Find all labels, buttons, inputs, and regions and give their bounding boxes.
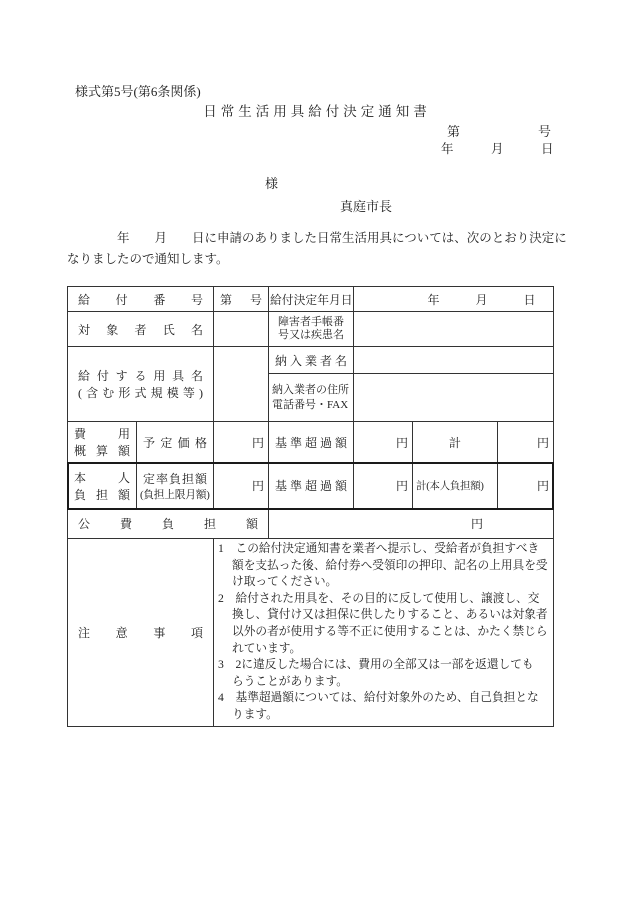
supplier-address-subrow: 納入業者の住所 電話番号・FAX	[269, 374, 553, 421]
estimated-cost-label-cell: 費 用 概算額	[68, 422, 137, 462]
supplier-address-label-cell: 納入業者の住所 電話番号・FAX	[269, 374, 354, 421]
note-item-2: 2 給付された用具を、その目的に反して使用し、譲渡し、交 換し、貸付け又は担保に…	[218, 591, 551, 657]
form-number: 様式第5号(第6条関係)	[75, 81, 201, 100]
estimated-cost-row: 費 用 概算額 予定価格 円 基準超過額 円 計 円	[68, 422, 553, 463]
body-line-1: 年 月 日に申請のありました日常生活用具については、次のとおり決定に	[67, 228, 567, 249]
note-item-3: 3 2に違反した場合には、費用の全部又は一部を返還しても らうことがあります。	[218, 657, 551, 690]
body-line-2: なりましたので通知します。	[67, 249, 567, 270]
document-number-line: 第 号	[447, 121, 551, 140]
target-person-label-cell: 対 象 者 氏 名	[68, 312, 214, 346]
document-date-line: 年 月 日	[441, 139, 554, 157]
equipment-row: 給付する用具名 (含む形式規模等) 納入業者名 納入業者の住所 電話番号・FAX	[68, 347, 553, 422]
supplier-subtable: 納入業者名 納入業者の住所 電話番号・FAX	[269, 347, 553, 421]
target-person-value-cell	[214, 312, 269, 346]
fixed-rate-yen-cell: 円	[214, 463, 269, 508]
supplier-address-value-cell	[354, 374, 553, 421]
notification-table: 給 付 番 号 第 号 給付決定年月日 年 月 日 対 象 者 氏 名 障害者手…	[67, 286, 554, 727]
cost-total-label-cell: 計	[413, 422, 498, 462]
supplier-name-label-cell: 納入業者名	[269, 347, 354, 373]
personal-burden-row: 本 人 負担額 定率負担額 (負担上限月額) 円 基準超過額 円 計(本人負担額…	[68, 463, 553, 509]
sender-mayor: 真庭市長	[340, 196, 392, 215]
note-item-1: 1 この給付決定通知書を業者へ提示し、受給者が負担すべき 額を支払った後、給付券…	[218, 541, 551, 591]
excess-amount-yen-cell: 円	[354, 422, 413, 462]
equipment-label-cell: 給付する用具名 (含む形式規模等)	[68, 347, 214, 421]
handbook-label-cell: 障害者手帳番 号又は疾患名	[269, 312, 354, 346]
personal-total-yen-cell: 円	[498, 463, 553, 508]
recipient-honorific: 様	[265, 173, 278, 192]
personal-total-label-cell: 計(本人負担額)	[413, 463, 498, 508]
personal-burden-label-cell: 本 人 負担額	[68, 463, 137, 508]
supplier-name-value-cell	[354, 347, 553, 373]
notes-row: 注 意 事 項 1 この給付決定通知書を業者へ提示し、受給者が負担すべき 額を支…	[68, 539, 553, 726]
personal-excess-yen-cell: 円	[354, 463, 413, 508]
target-person-row: 対 象 者 氏 名 障害者手帳番 号又は疾患名	[68, 312, 553, 347]
planned-price-yen-cell: 円	[214, 422, 269, 462]
planned-price-label-cell: 予定価格	[137, 422, 214, 462]
handbook-value-cell	[354, 312, 553, 346]
grant-number-label-cell: 給 付 番 号	[68, 287, 214, 311]
cost-total-yen-cell: 円	[498, 422, 553, 462]
public-expense-value-cell: 円	[269, 509, 553, 538]
notes-content-cell: 1 この給付決定通知書を業者へ提示し、受給者が負担すべき 額を支払った後、給付券…	[214, 539, 553, 726]
notes-label-cell: 注 意 事 項	[68, 539, 214, 726]
decision-date-label-cell: 給付決定年月日	[269, 287, 354, 311]
public-expense-row: 公 費 負 担 額 円	[68, 509, 553, 539]
fixed-rate-label-cell: 定率負担額 (負担上限月額)	[137, 463, 214, 508]
public-expense-label-cell: 公 費 負 担 額	[68, 509, 269, 538]
grant-number-row: 給 付 番 号 第 号 給付決定年月日 年 月 日	[68, 287, 553, 312]
document-page: 様式第5号(第6条関係) 日常生活用具給付決定通知書 第 号 年 月 日 様 真…	[0, 0, 630, 903]
document-title: 日常生活用具給付決定通知書	[0, 100, 630, 120]
note-item-4: 4 基準超過額については、給付対象外のため、自己負担とな ります。	[218, 690, 551, 723]
body-paragraph: 年 月 日に申請のありました日常生活用具については、次のとおり決定に なりました…	[67, 228, 567, 269]
personal-excess-label-cell: 基準超過額	[269, 463, 354, 508]
equipment-value-cell	[214, 347, 269, 421]
supplier-name-subrow: 納入業者名	[269, 347, 553, 374]
excess-amount-label-cell: 基準超過額	[269, 422, 354, 462]
decision-date-value-cell: 年 月 日	[354, 287, 553, 311]
grant-number-value-cell: 第 号	[214, 287, 269, 311]
